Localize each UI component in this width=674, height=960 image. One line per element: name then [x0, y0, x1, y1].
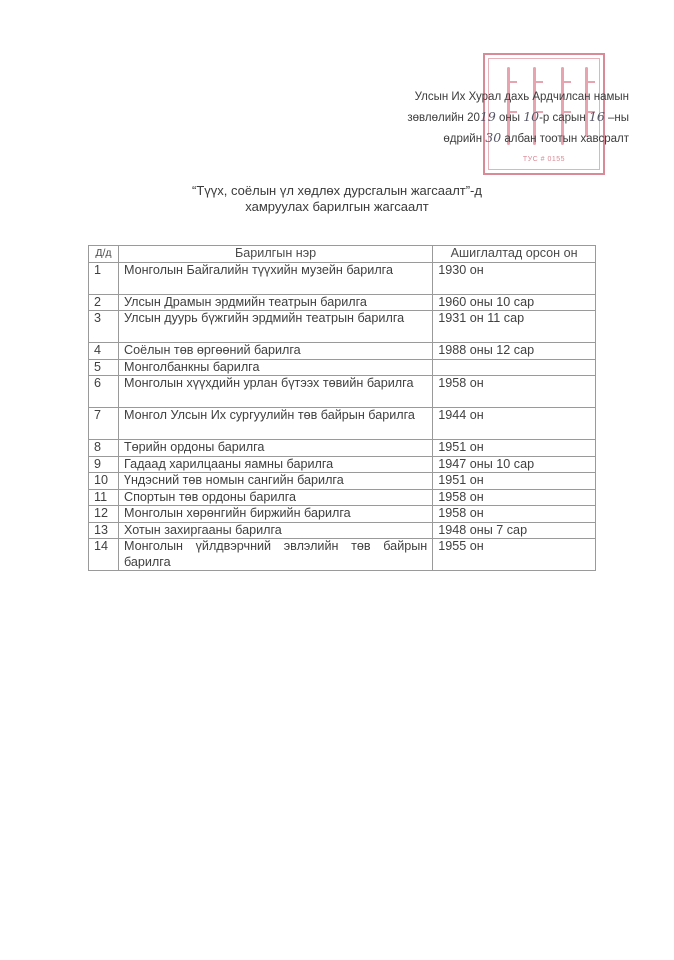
row-number: 4: [89, 343, 119, 360]
row-number: 5: [89, 359, 119, 376]
row-number: 10: [89, 473, 119, 490]
building-name: Хотын захиргааны барилга: [118, 522, 432, 539]
table-row: 1Монголын Байгалийн түүхийн музейн барил…: [89, 262, 596, 294]
building-name: Монголын хүүхдийн урлан бүтээх төвийн ба…: [118, 376, 432, 408]
commissioned-year: 1958 он: [433, 489, 596, 506]
commissioned-year: 1960 оны 10 сар: [433, 294, 596, 311]
header-text: өдрийн: [443, 133, 485, 145]
buildings-table: Д/д Барилгын нэр Ашиглалтад орсон он 1Мо…: [88, 245, 596, 571]
header-text: оны: [496, 112, 523, 124]
building-name: Үндэсний төв номын сангийн барилга: [118, 473, 432, 490]
building-name: Соёлын төв өргөөний барилга: [118, 343, 432, 360]
header-building-name: Барилгын нэр: [118, 246, 432, 263]
table-row: 11Спортын төв ордоны барилга1958 он: [89, 489, 596, 506]
commissioned-year: 1944 он: [433, 408, 596, 440]
commissioned-year: 1930 он: [433, 262, 596, 294]
title-line-2: хамруулах барилгын жагсаалт: [0, 199, 674, 215]
row-number: 1: [89, 262, 119, 294]
building-name: Спортын төв ордоны барилга: [118, 489, 432, 506]
header-number: Д/д: [89, 246, 119, 263]
table-row: 5Монголбанкны барилга: [89, 359, 596, 376]
header-text: -р сарын: [539, 112, 589, 124]
commissioned-year: 1958 он: [433, 376, 596, 408]
table-row: 7Монгол Улсын Их сургуулийн төв байрын б…: [89, 408, 596, 440]
table-row: 2Улсын Драмын эрдмийн театрын барилга196…: [89, 294, 596, 311]
header-line-3: өдрийн 30 албан тоотын хавсралт: [407, 128, 629, 149]
row-number: 7: [89, 408, 119, 440]
commissioned-year: 1947 оны 10 сар: [433, 456, 596, 473]
attachment-header: Улсын Их Хурал дахь Ардчилсан намын зөвл…: [407, 88, 629, 149]
building-name: Монголбанкны барилга: [118, 359, 432, 376]
row-number: 9: [89, 456, 119, 473]
table-row: 9Гадаад харилцааны яамны барилга1947 оны…: [89, 456, 596, 473]
row-number: 6: [89, 376, 119, 408]
table-row: 13Хотын захиргааны барилга1948 оны 7 сар: [89, 522, 596, 539]
building-name: Монголын хөрөнгийн биржийн барилга: [118, 506, 432, 523]
commissioned-year: 1988 оны 12 сар: [433, 343, 596, 360]
building-name: Гадаад харилцааны яамны барилга: [118, 456, 432, 473]
row-number: 14: [89, 539, 119, 571]
commissioned-year: 1951 он: [433, 473, 596, 490]
handwritten-year: 19: [480, 109, 496, 124]
header-text: –ны: [605, 112, 629, 124]
building-name: Монгол Улсын Их сургуулийн төв байрын ба…: [118, 408, 432, 440]
row-number: 3: [89, 311, 119, 343]
row-number: 2: [89, 294, 119, 311]
table-row: 4Соёлын төв өргөөний барилга1988 оны 12 …: [89, 343, 596, 360]
building-name: Улсын Драмын эрдмийн театрын барилга: [118, 294, 432, 311]
handwritten-letter-number: 30: [485, 130, 501, 145]
table-row: 3Улсын дуурь бүжгийн эрдмийн театрын бар…: [89, 311, 596, 343]
row-number: 11: [89, 489, 119, 506]
header-commissioned-year: Ашиглалтад орсон он: [433, 246, 596, 263]
header-council: зөвлөлийн 20: [407, 112, 480, 124]
table-row: 12Монголын хөрөнгийн биржийн барилга1958…: [89, 506, 596, 523]
table-row: 6Монголын хүүхдийн урлан бүтээх төвийн б…: [89, 376, 596, 408]
commissioned-year: 1951 он: [433, 440, 596, 457]
stamp-code: ТУС # 0155: [485, 156, 603, 163]
table-row: 14Монголын үйлдвэрчний эвлэлийн төв байр…: [89, 539, 596, 571]
header-line-1: Улсын Их Хурал дахь Ардчилсан намын: [407, 88, 629, 107]
row-number: 13: [89, 522, 119, 539]
header-org: Улсын Их Хурал дахь Ардчилсан намын: [415, 91, 629, 103]
header-line-2: зөвлөлийн 2019 оны 10-р сарын 16 –ны: [407, 107, 629, 128]
building-name: Төрийн ордоны барилга: [118, 440, 432, 457]
document-title: “Түүх, соёлын үл хөдлөх дурсгалын жагсаа…: [0, 183, 674, 215]
table-row: 10Үндэсний төв номын сангийн барилга1951…: [89, 473, 596, 490]
building-name: Улсын дуурь бүжгийн эрдмийн театрын бари…: [118, 311, 432, 343]
handwritten-month: 10: [523, 109, 539, 124]
table-row: 8Төрийн ордоны барилга1951 он: [89, 440, 596, 457]
header-text: албан тоотын хавсралт: [501, 133, 629, 145]
handwritten-day: 16: [589, 109, 605, 124]
building-name: Монголын үйлдвэрчний эвлэлийн төв байрын…: [118, 539, 432, 571]
row-number: 12: [89, 506, 119, 523]
commissioned-year: [433, 359, 596, 376]
commissioned-year: 1958 он: [433, 506, 596, 523]
building-name: Монголын Байгалийн түүхийн музейн барилг…: [118, 262, 432, 294]
commissioned-year: 1931 он 11 сар: [433, 311, 596, 343]
commissioned-year: 1948 оны 7 сар: [433, 522, 596, 539]
row-number: 8: [89, 440, 119, 457]
commissioned-year: 1955 он: [433, 539, 596, 571]
title-line-1: “Түүх, соёлын үл хөдлөх дурсгалын жагсаа…: [0, 183, 674, 199]
table-header-row: Д/д Барилгын нэр Ашиглалтад орсон он: [89, 246, 596, 263]
